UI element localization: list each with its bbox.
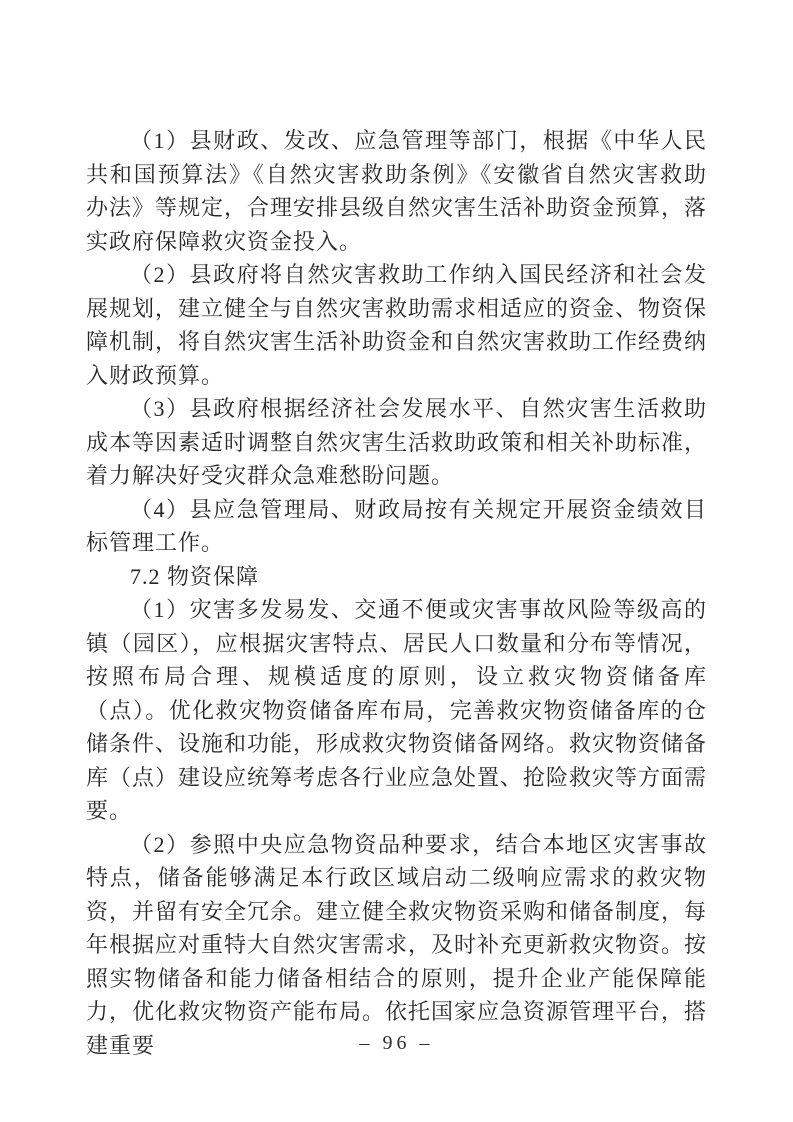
- paragraph-materials-2: （2）参照中央应急物资品种要求，结合本地区灾害事故特点，储备能够满足本行政区域启…: [86, 828, 707, 1063]
- section-heading-7-2: 7.2 物资保障: [86, 560, 707, 594]
- paragraph-funding-4: （4）县应急管理局、财政局按有关规定开展资金绩效目标管理工作。: [86, 493, 707, 560]
- document-body: （1）县财政、发改、应急管理等部门，根据《中华人民共和国预算法》《自然灾害救助条…: [86, 124, 707, 1062]
- paragraph-funding-3: （3）县政府根据经济社会发展水平、自然灾害生活救助成本等因素适时调整自然灾害生活…: [86, 392, 707, 493]
- page-number: – 96 –: [0, 1031, 793, 1055]
- paragraph-materials-1: （1）灾害多发易发、交通不便或灾害事故风险等级高的镇（园区），应根据灾害特点、居…: [86, 593, 707, 828]
- document-page: （1）县财政、发改、应急管理等部门，根据《中华人民共和国预算法》《自然灾害救助条…: [0, 0, 793, 1122]
- paragraph-funding-1: （1）县财政、发改、应急管理等部门，根据《中华人民共和国预算法》《自然灾害救助条…: [86, 124, 707, 258]
- paragraph-funding-2: （2）县政府将自然灾害救助工作纳入国民经济和社会发展规划，建立健全与自然灾害救助…: [86, 258, 707, 392]
